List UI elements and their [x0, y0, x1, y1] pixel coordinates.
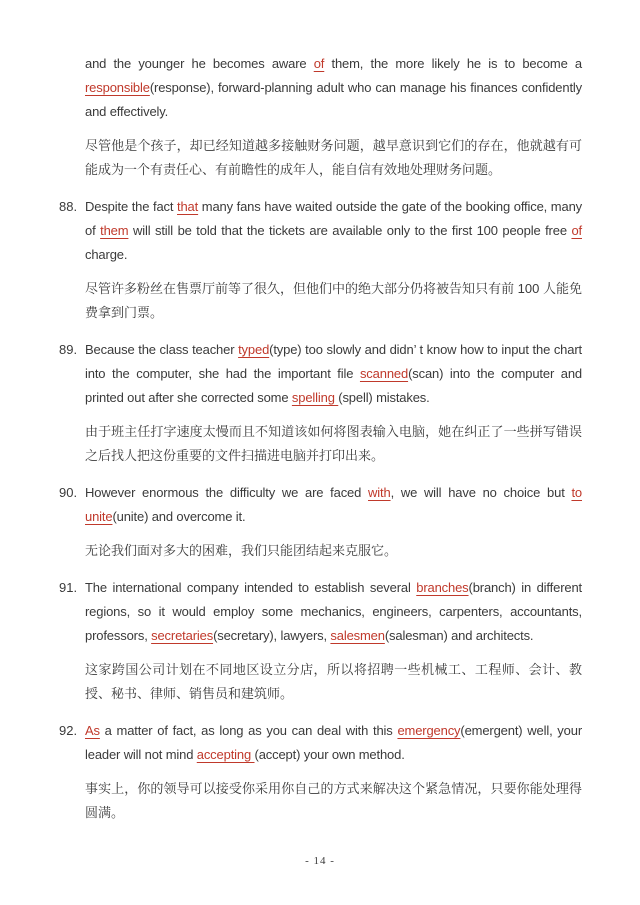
sentence-text: Despite the fact	[85, 199, 177, 214]
english-sentence: The international company intended to es…	[85, 576, 582, 648]
item-number: 92.	[59, 719, 85, 777]
english-sentence-row: 91.The international company intended to…	[59, 576, 582, 658]
english-sentence: However enormous the difficulty we are f…	[85, 481, 582, 529]
english-sentence-row: 89.Because the class teacher typed(type)…	[59, 338, 582, 420]
english-sentence: As a matter of fact, as long as you can …	[85, 719, 582, 767]
answer-word: scanned	[360, 366, 408, 381]
exercise-item-88: 88.Despite the fact that many fans have …	[59, 195, 582, 325]
answer-word: secretaries	[151, 628, 213, 643]
answer-word: As	[85, 723, 100, 738]
sentence-text: The international company intended to es…	[85, 580, 416, 595]
english-sentence: Because the class teacher typed(type) to…	[85, 338, 582, 410]
sentence-text: , we will have no choice but	[391, 485, 572, 500]
document-page: and the younger he becomes aware of them…	[0, 0, 640, 905]
exercise-item-continued: and the younger he becomes aware of them…	[59, 52, 582, 182]
sentence-text: (salesman) and architects.	[385, 628, 534, 643]
sentence-text: a matter of fact, as long as you can dea…	[100, 723, 398, 738]
sentence-text: them, the more likely he is to become a	[324, 56, 582, 71]
sentence-text: will still be told that the tickets are …	[128, 223, 571, 238]
english-sentence-row: 88.Despite the fact that many fans have …	[59, 195, 582, 277]
chinese-translation: 由于班主任打字速度太慢而且不知道该如何将图表输入电脑，她在纠正了一些拼写错误之后…	[85, 420, 582, 468]
sentence-text: However enormous the difficulty we are f…	[85, 485, 368, 500]
english-sentence-row: and the younger he becomes aware of them…	[59, 52, 582, 134]
answer-word: with	[368, 485, 391, 500]
sentence-text: (response), forward-planning adult who c…	[85, 80, 582, 119]
exercise-item-89: 89.Because the class teacher typed(type)…	[59, 338, 582, 468]
item-number: 88.	[59, 195, 85, 277]
sentence-text: (accept) your own method.	[255, 747, 405, 762]
answer-word: accepting	[197, 747, 255, 762]
chinese-translation: 尽管他是个孩子，却已经知道越多接触财务问题，越早意识到它们的存在，他就越有可能成…	[85, 134, 582, 182]
answer-word: typed	[238, 342, 269, 357]
sentence-text: Because the class teacher	[85, 342, 238, 357]
answer-word: them	[100, 223, 128, 238]
answer-word: salesmen	[330, 628, 384, 643]
chinese-translation: 事实上，你的领导可以接受你采用你自己的方式来解决这个紧急情况，只要你能处理得圆满…	[85, 777, 582, 825]
chinese-translation: 尽管许多粉丝在售票厅前等了很久，但他们中的绝大部分仍将被告知只有前 100 人能…	[85, 277, 582, 325]
item-number: 89.	[59, 338, 85, 420]
answer-word: spelling	[292, 390, 338, 405]
answer-word: responsible	[85, 80, 150, 95]
answer-word: that	[177, 199, 198, 214]
item-number: 90.	[59, 481, 85, 539]
english-sentence-row: 92.As a matter of fact, as long as you c…	[59, 719, 582, 777]
sentence-text: (secretary), lawyers,	[213, 628, 330, 643]
item-number: 91.	[59, 576, 85, 658]
english-sentence: Despite the fact that many fans have wai…	[85, 195, 582, 267]
exercise-item-90: 90.However enormous the difficulty we ar…	[59, 481, 582, 563]
chinese-translation: 这家跨国公司计划在不同地区设立分店，所以将招聘一些机械工、工程师、会计、教授、秘…	[85, 658, 582, 706]
chinese-translation: 无论我们面对多大的困难，我们只能团结起来克服它。	[85, 539, 582, 563]
answer-word: branches	[416, 580, 468, 595]
answer-word: of	[571, 223, 582, 238]
answer-word: emergency	[397, 723, 460, 738]
sentence-text: (spell) mistakes.	[338, 390, 429, 405]
page-number: - 14 -	[0, 855, 640, 867]
sentence-text: and the younger he becomes aware	[85, 56, 314, 71]
sentence-text: charge.	[85, 247, 127, 262]
english-sentence-row: 90.However enormous the difficulty we ar…	[59, 481, 582, 539]
exercise-list: and the younger he becomes aware of them…	[59, 52, 582, 825]
english-sentence: and the younger he becomes aware of them…	[85, 52, 582, 124]
item-number	[59, 52, 85, 134]
exercise-item-92: 92.As a matter of fact, as long as you c…	[59, 719, 582, 825]
sentence-text: (unite) and overcome it.	[112, 509, 245, 524]
answer-word: of	[314, 56, 325, 71]
exercise-item-91: 91.The international company intended to…	[59, 576, 582, 706]
